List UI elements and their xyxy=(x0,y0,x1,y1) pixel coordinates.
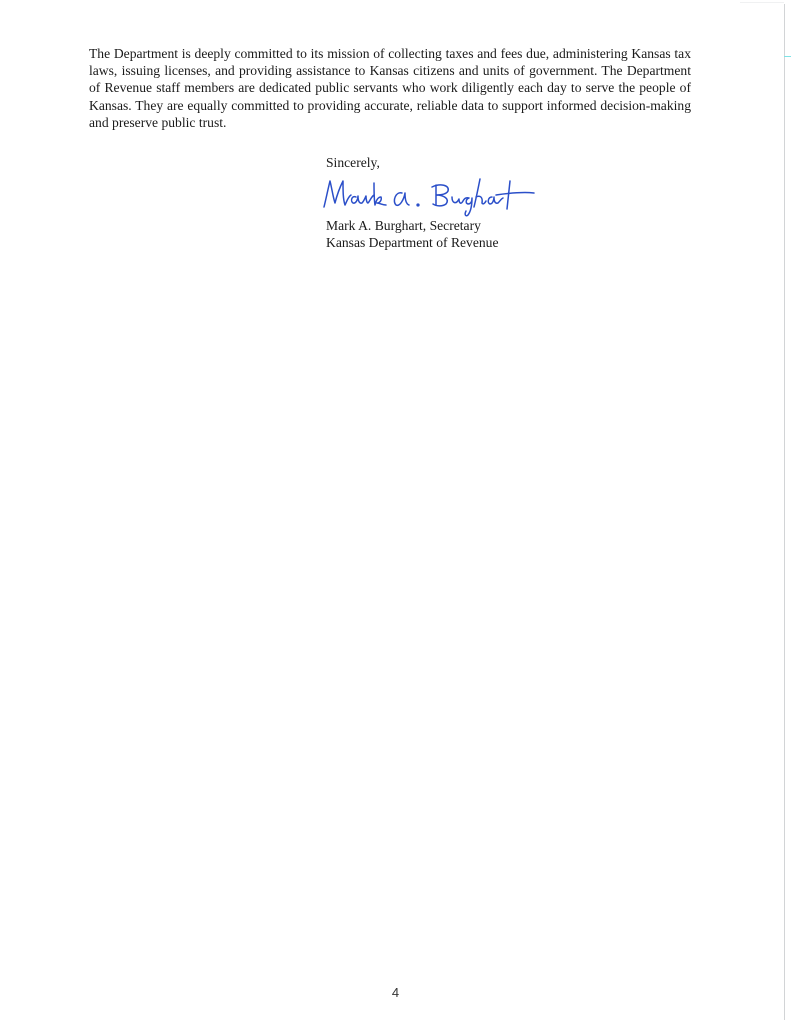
page-number: 4 xyxy=(0,985,791,1000)
closing: Sincerely, xyxy=(326,154,535,171)
signature-block: Sincerely, Mark A. Burghart, Secretary K… xyxy=(326,154,535,252)
page-edge-marker xyxy=(784,56,791,57)
signer-name-title: Mark A. Burghart, Secretary xyxy=(326,217,535,234)
page-right-edge xyxy=(784,4,785,1020)
handwritten-signature-icon xyxy=(320,173,535,217)
body-paragraph: The Department is deeply committed to it… xyxy=(89,45,691,131)
page-top-edge xyxy=(740,2,784,3)
signer-organization: Kansas Department of Revenue xyxy=(326,234,535,251)
